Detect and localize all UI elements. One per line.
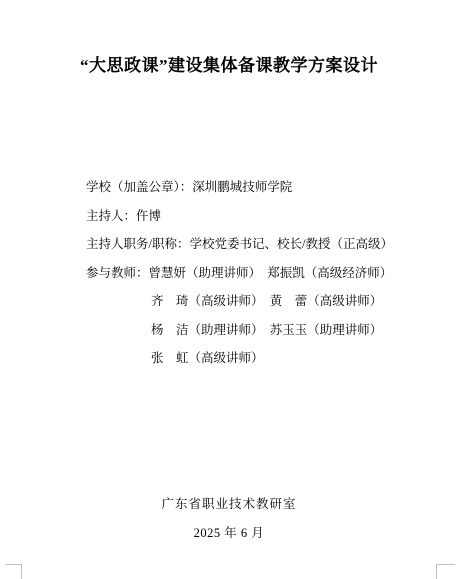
participants-continuation-line-3: 张 虹（高级讲师）: [86, 344, 438, 373]
school-line: 学校（加盖公章）：深圳鹏城技师学院: [86, 173, 438, 202]
document-page: “大思政课”建设集体备课教学方案设计 学校（加盖公章）：深圳鹏城技师学院 主持人…: [0, 0, 458, 579]
info-block: 学校（加盖公章）：深圳鹏城技师学院 主持人：仵博 主持人职务/职称：学校党委书记…: [86, 173, 438, 373]
margin-crop-mark-bottom-right: [436, 564, 455, 579]
date-line: 2025 年 6 月: [0, 524, 458, 542]
document-title: “大思政课”建设集体备课教学方案设计: [0, 54, 458, 78]
participants-continuation-line-1: 齐 琦（高级讲师） 黄 蕾（高级讲师）: [86, 287, 438, 316]
margin-crop-mark-bottom-left: [5, 564, 22, 579]
organization-line: 广东省职业技术教研室: [0, 495, 458, 513]
participants-continuation-line-2: 杨 洁（助理讲师） 苏玉玉（助理讲师）: [86, 316, 438, 345]
host-position-line: 主持人职务/职称：学校党委书记、校长/教授（正高级）: [86, 230, 438, 259]
participants-line: 参与教师：曾慧妍（助理讲师） 郑振凯（高级经济师）: [86, 259, 438, 288]
host-line: 主持人：仵博: [86, 202, 438, 231]
